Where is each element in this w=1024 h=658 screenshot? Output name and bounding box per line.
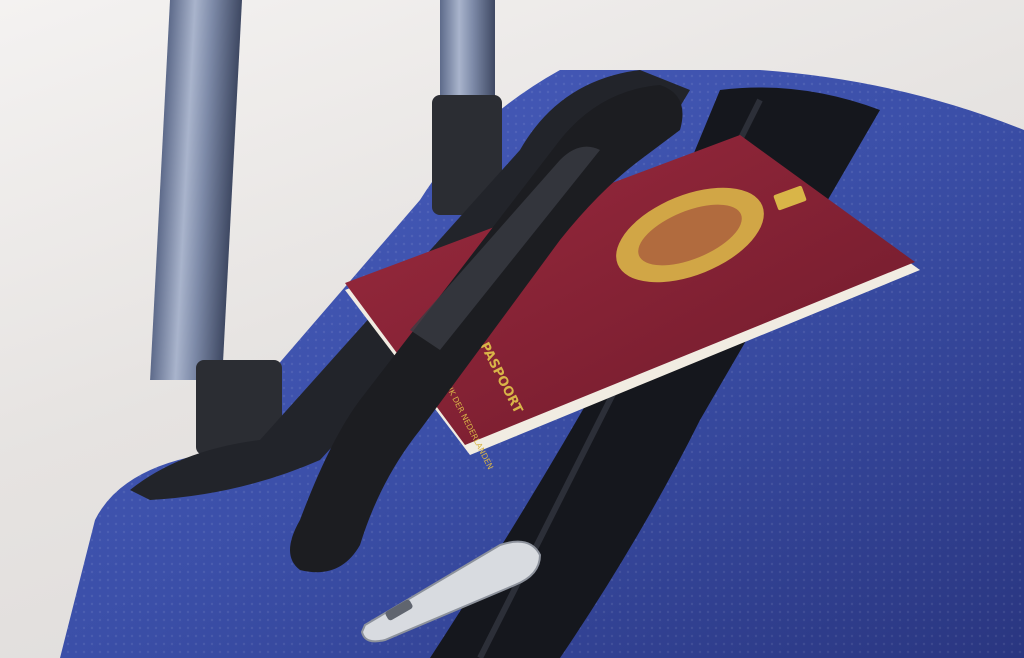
scene-illustration: PASPOORT KONINKRIJK DER NEDERLANDEN <box>0 0 1024 658</box>
trolley-handle-left <box>150 0 282 455</box>
photo-scene: PASPOORT KONINKRIJK DER NEDERLANDEN Burg… <box>0 0 1024 658</box>
